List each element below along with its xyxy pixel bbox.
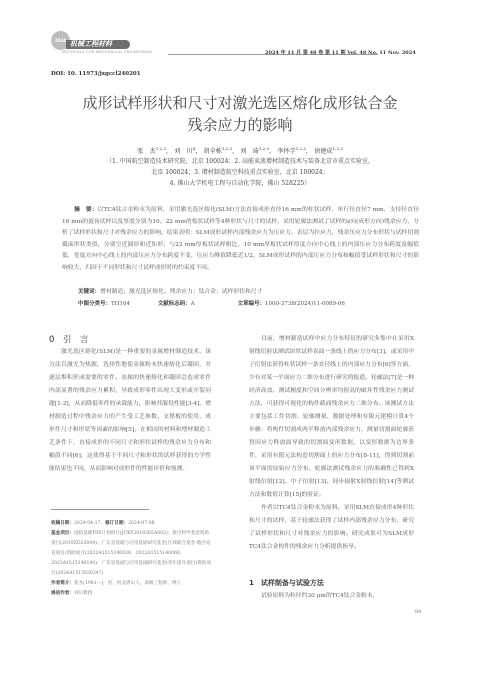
clc-value: TH164: [111, 301, 130, 307]
journal-name-en: MATERIALS FOR MECHANICAL ENGINEERING: [62, 50, 153, 54]
doi: DOI: 10. 11973/jxgccl240201: [51, 71, 141, 77]
page-number: 89: [415, 609, 421, 615]
doc-code-value: A: [191, 301, 195, 307]
left-column-body: 激光选区熔化(SLM)是一种重要的金属增材制造技术，该方法以激光为热源，选择性地…: [49, 346, 211, 476]
author: 张 杰1,2,3: [137, 148, 166, 155]
footnote-divider: [51, 509, 149, 510]
intro-paragraph: 激光选区熔化(SLM)是一种重要的金属增材制造技术，该方法以激光为热源，选择性地…: [49, 346, 211, 476]
abstract-text: 以TC4钛合金粉末为原料，采用激光选区熔化(SLM)方法直接成形直径16 mm的…: [62, 207, 419, 271]
doc-code-label: 文献标志码：: [158, 301, 191, 307]
abstract: 摘 要：以TC4钛合金粉末为原料，采用激光选区熔化(SLM)方法直接成形直径16…: [62, 205, 419, 275]
methods-body: 试验原料为粒径约30 μm的TC4钛合金粉末，: [249, 590, 411, 603]
corresponding-author: 通信作者：刘川教授: [51, 589, 211, 599]
journal-name-cn: 机械工程材料: [66, 40, 130, 49]
article-no-label: 文章编号：: [238, 301, 266, 307]
classification-line: 中图分类号：TH164 文献标志码：A 文章编号：1000-3738(2024)…: [78, 299, 345, 307]
clc-label: 中图分类号：: [78, 301, 111, 307]
author-bio: 作者简介：张杰(1981—)，男，河北唐山人，高级工程师，博士: [51, 579, 211, 589]
author: 刘 琦1,2,3: [240, 148, 269, 155]
author: 胡全栋1,2,3: [203, 148, 232, 155]
section-heading-introduction: 0 引 言: [49, 333, 88, 345]
methods-paragraph: 试验原料为粒径约30 μm的TC4钛合金粉末，: [249, 590, 411, 603]
affiliations: （1. 中国航空制造技术研究院，北京 100024；2. 高能束流增材制造技术与…: [60, 156, 420, 189]
affiliation-line: 4. 佛山大学机电工程与自动化学院，佛山 528225）: [60, 178, 420, 189]
fund-info: 基金项目：国防基础科研计划项目(JCKY2019205A002)；航空科学基金资…: [51, 529, 211, 579]
received-dates: 收稿日期：2024-04-17；修订日期：2024-07-08: [51, 519, 211, 529]
article-no-value: 1000-3738(2024)11-0089-06: [265, 301, 345, 307]
intro-paragraph: 目前，增材制造试样中应力分布特征的研究多集中在采用X射线衍射法测试块状试样表面一…: [249, 333, 414, 502]
keywords-text: 增材制造；激光选区熔化；残余应力；钛合金；试样形状和尺寸: [100, 289, 262, 295]
affiliation-line: 北京 100024；3. 增材制造航空科技重点实验室，北京 100024；: [60, 167, 420, 178]
author: 刘 川4: [174, 148, 195, 155]
paper-title-line1: 成形试样形状和尺寸对激光选区熔化成形钛合金: [0, 93, 480, 113]
footnote: 收稿日期：2024-04-17；修订日期：2024-07-08 基金项目：国防基…: [51, 519, 211, 599]
author: 徐建成1,2,3: [314, 148, 343, 155]
affiliation-line: （1. 中国航空制造技术研究院，北京 100024；2. 高能束流增材制造技术与…: [60, 156, 420, 167]
issue-info: 2024 年 11 月 第 48 卷 第 11 期 Vol. 48 No. 11…: [265, 49, 416, 56]
right-column-body: 目前，增材制造试样中应力分布特征的研究多集中在采用X射线衍射法测试块状试样表面一…: [249, 333, 414, 554]
abstract-label: 摘 要：: [74, 207, 98, 213]
intro-paragraph: 作者以TC4钛合金粉末为原料，采用SLM直接成形4种形状和尺寸的试样，基于轮廓法…: [249, 502, 414, 554]
keywords: 关键词：增材制造；激光选区熔化；残余应力；钛合金；试样形状和尺寸: [78, 286, 262, 295]
section-heading-methods: 1 试样制备与试验方法: [249, 578, 324, 588]
author: 李怀学1,2,3: [277, 148, 306, 155]
paper-title-line2: 残余应力的影响: [0, 115, 480, 135]
author-list: 张 杰1,2,3， 刘 川4， 胡全栋1,2,3， 刘 琦1,2,3， 李怀学1…: [0, 146, 480, 155]
keywords-label: 关键词：: [78, 289, 100, 295]
